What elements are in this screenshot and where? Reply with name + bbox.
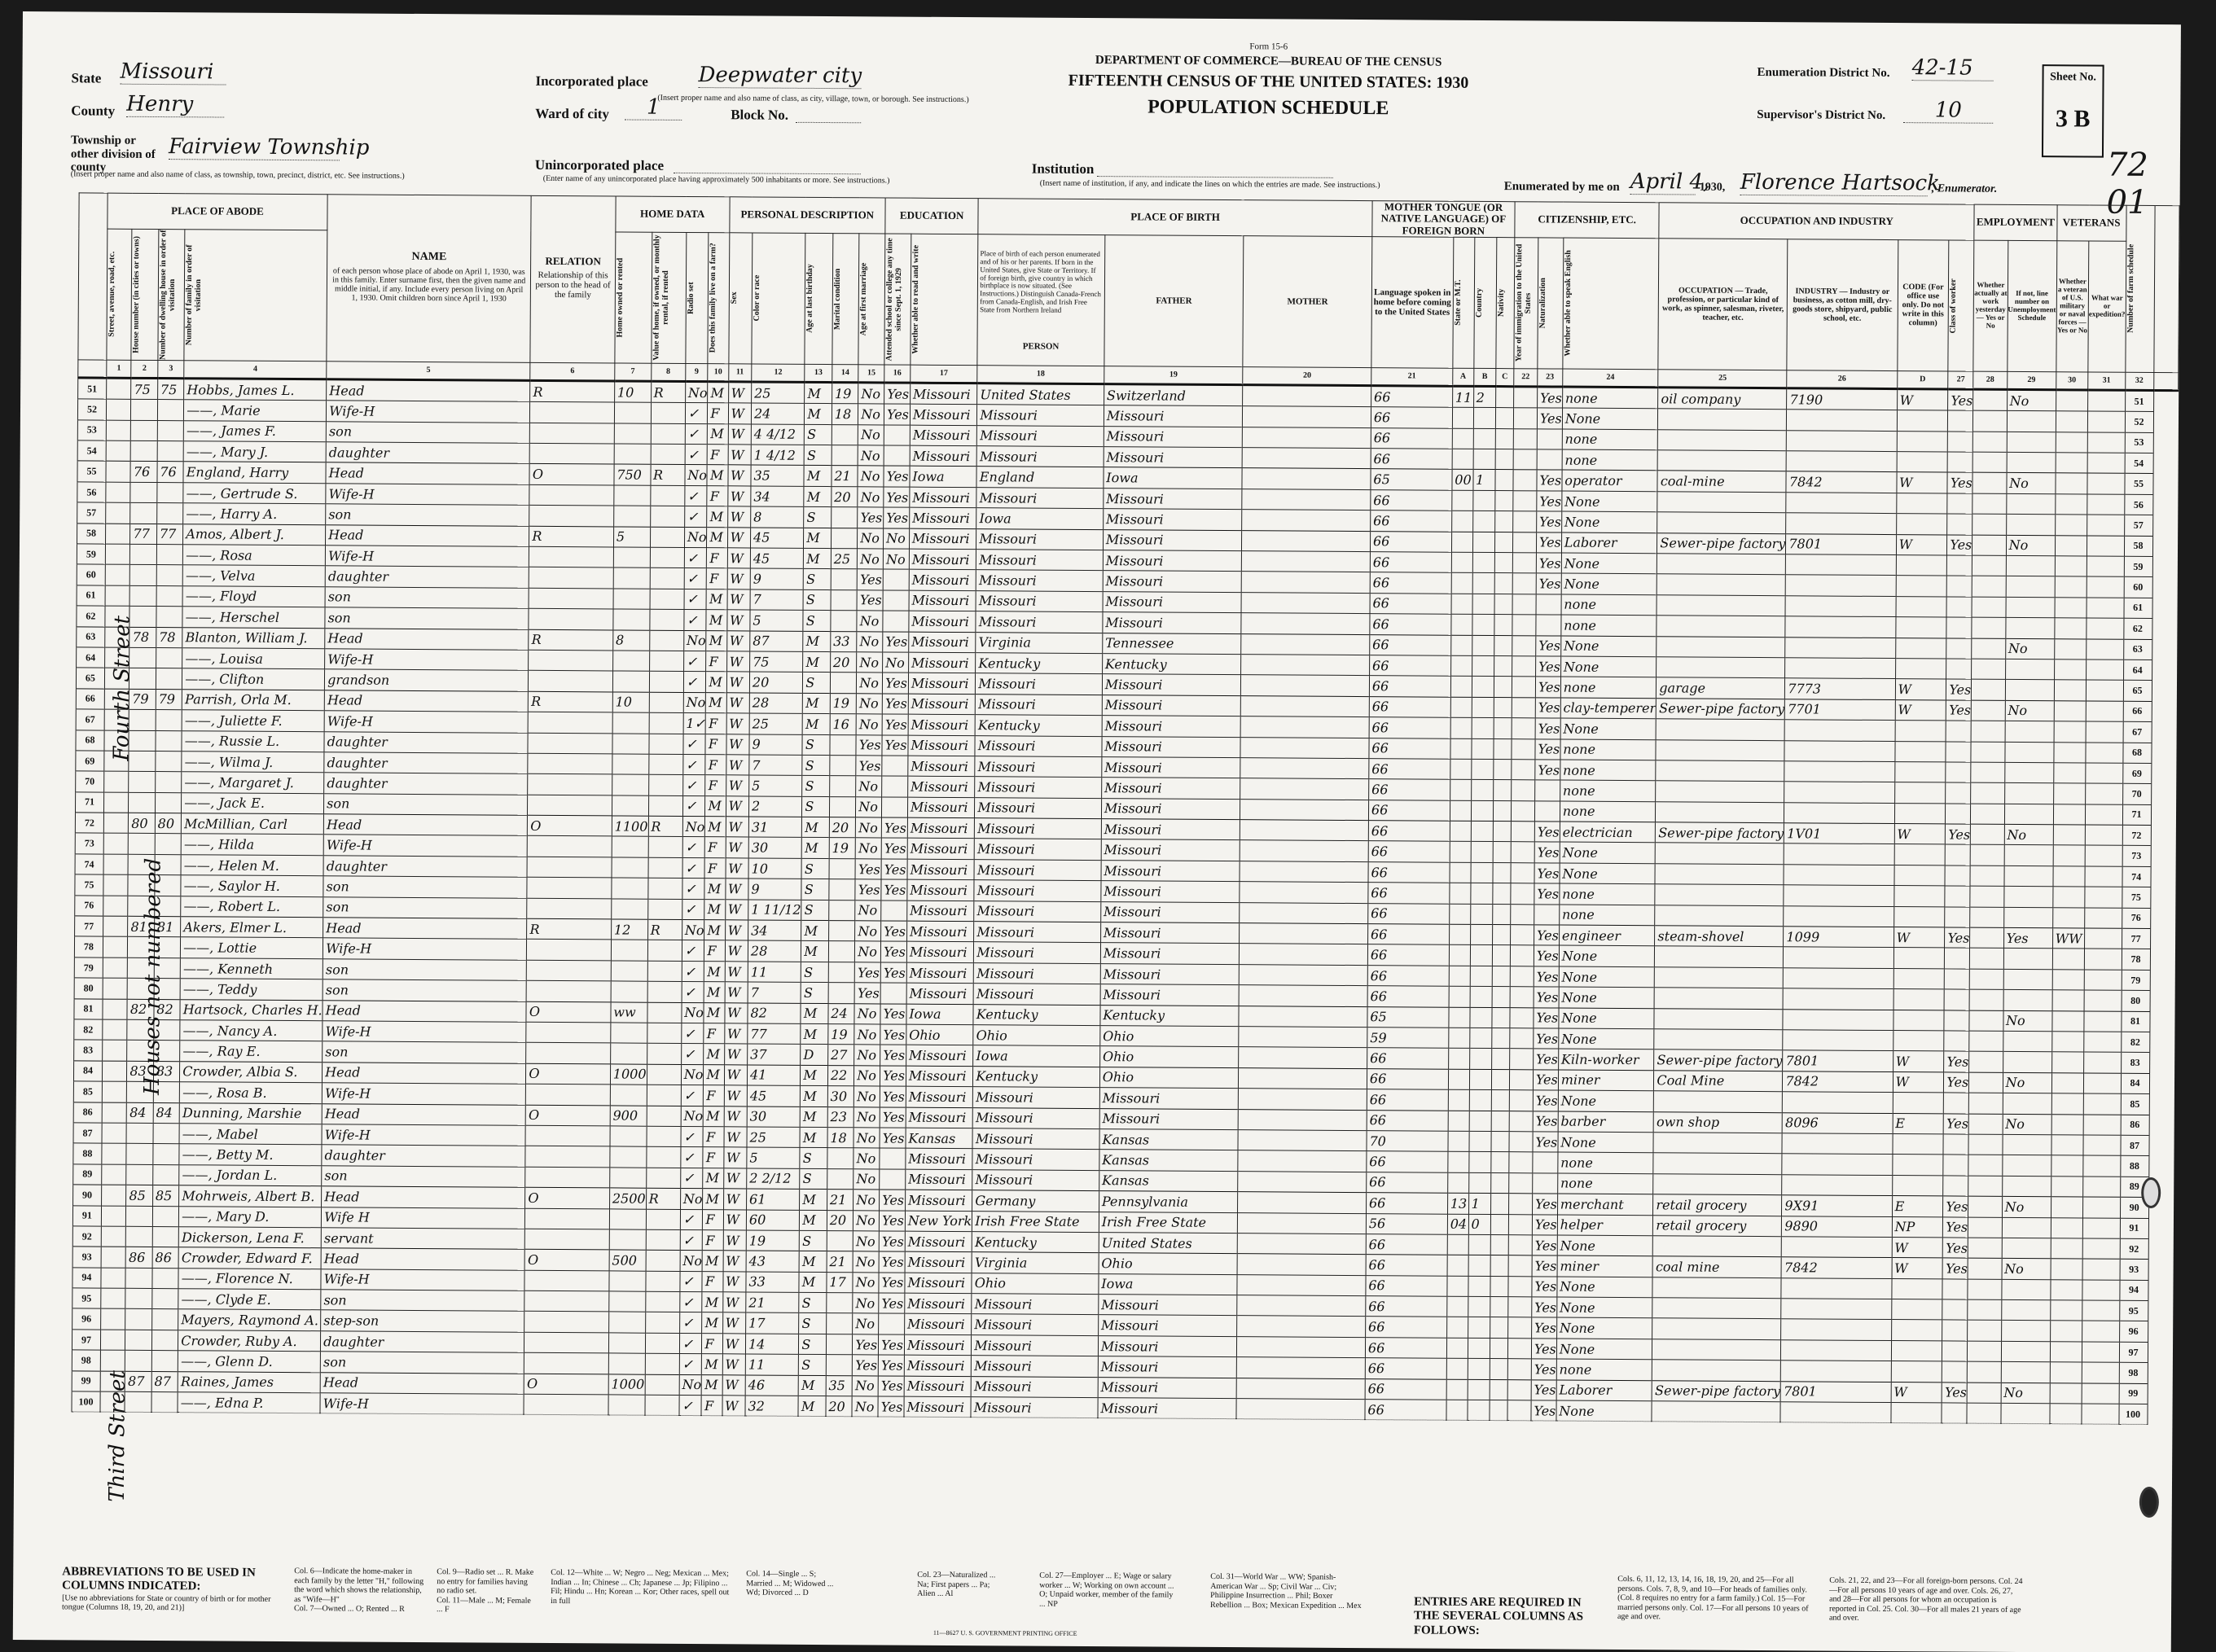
veteran: No bbox=[2005, 700, 2054, 721]
column-number: 15 bbox=[858, 365, 884, 383]
radio bbox=[650, 547, 684, 568]
veteran bbox=[2001, 1279, 2050, 1300]
home-value: 2500 bbox=[609, 1188, 646, 1209]
marital-status: S bbox=[800, 1230, 827, 1251]
column-number: 25 bbox=[1658, 370, 1787, 388]
speaks-english: Yes bbox=[1534, 925, 1559, 946]
c31-header: What war or expedition? bbox=[2088, 241, 2126, 372]
age-first-marriage bbox=[828, 962, 855, 983]
marital-status: M bbox=[802, 817, 830, 838]
line-col bbox=[78, 193, 108, 360]
naturalization bbox=[1509, 1172, 1533, 1194]
worker-class bbox=[1891, 1361, 1942, 1383]
at-work bbox=[1947, 555, 1972, 576]
column-number: 21 bbox=[1371, 368, 1453, 387]
person-name: Hobbs, James L. bbox=[184, 379, 327, 401]
code-a: 66 bbox=[1366, 1296, 1447, 1317]
speaks-english: Yes bbox=[1537, 470, 1562, 491]
person-name: ——, Louisa bbox=[182, 648, 325, 669]
mother-tongue bbox=[1240, 923, 1368, 944]
home-tenure: R bbox=[529, 629, 613, 651]
group-veterans: VETERANS bbox=[2056, 205, 2126, 241]
age: 60 bbox=[746, 1209, 800, 1230]
code-b bbox=[1450, 842, 1471, 863]
column-number: B bbox=[1473, 368, 1496, 386]
immigration-year bbox=[1493, 883, 1511, 905]
code-c bbox=[1470, 883, 1493, 905]
farm-schedule bbox=[2085, 825, 2122, 846]
unemployment-line bbox=[1971, 782, 2004, 804]
col6-note: Col. 6—Indicate the home-maker in each f… bbox=[294, 1567, 423, 1604]
line-number-right: 80 bbox=[2122, 990, 2150, 1011]
war bbox=[2055, 556, 2087, 577]
code-c bbox=[1470, 987, 1493, 1008]
birthplace: Missouri bbox=[909, 570, 976, 591]
age: 35 bbox=[751, 465, 805, 486]
mother-tongue bbox=[1236, 1399, 1365, 1420]
industry bbox=[1657, 616, 1785, 637]
occupation-code bbox=[1780, 1402, 1890, 1423]
immigration-year bbox=[1495, 428, 1513, 449]
sex: F bbox=[706, 651, 726, 673]
farm-schedule bbox=[2082, 1383, 2119, 1404]
occupation: None bbox=[1560, 863, 1656, 884]
age: 75 bbox=[750, 651, 804, 673]
at-work bbox=[1946, 659, 1972, 680]
speaks-english: Yes bbox=[1533, 1049, 1558, 1070]
mother-tongue bbox=[1240, 820, 1369, 841]
occupation-code bbox=[1783, 1030, 1893, 1051]
column-number: 5 bbox=[327, 362, 530, 381]
line-number: 72 bbox=[75, 813, 103, 834]
column-number: 27 bbox=[1948, 371, 1973, 389]
farm-schedule bbox=[2082, 1280, 2120, 1301]
col7-note: Col. 7—Owned ... O; Rented ... R bbox=[294, 1604, 405, 1614]
birthplace: Missouri bbox=[906, 1107, 973, 1128]
race: W bbox=[726, 858, 749, 879]
naturalization bbox=[1511, 842, 1534, 863]
farm-schedule bbox=[2084, 1011, 2122, 1032]
immigration-year bbox=[1490, 1194, 1508, 1215]
occupation: None bbox=[1559, 1028, 1655, 1049]
war bbox=[2050, 1383, 2082, 1404]
race: W bbox=[726, 713, 750, 734]
line-number: 95 bbox=[72, 1288, 101, 1309]
age-first-marriage bbox=[831, 528, 858, 549]
mother-tongue bbox=[1238, 1212, 1367, 1234]
immigration-year bbox=[1490, 1276, 1508, 1297]
literacy: Yes bbox=[880, 1004, 906, 1025]
literacy: Yes bbox=[880, 1128, 906, 1149]
literacy: Yes bbox=[879, 1210, 905, 1231]
sex: F bbox=[704, 1085, 724, 1106]
industry bbox=[1656, 781, 1784, 802]
literacy: Yes bbox=[880, 1045, 906, 1066]
industry bbox=[1654, 1091, 1783, 1112]
naturalization bbox=[1510, 966, 1534, 988]
occupation: None bbox=[1559, 945, 1655, 966]
sex: M bbox=[706, 692, 726, 713]
age-first-marriage bbox=[832, 424, 858, 445]
war bbox=[2052, 907, 2085, 928]
veteran bbox=[2001, 1362, 2050, 1383]
c25-label: OCCUPATION — Trade, profession, or parti… bbox=[1659, 283, 1787, 325]
marital-status: S bbox=[799, 1355, 827, 1376]
home-tenure bbox=[529, 506, 614, 527]
farm: No bbox=[684, 527, 707, 548]
relationship: Wife-H bbox=[320, 1393, 524, 1415]
speaks-english: Yes bbox=[1535, 718, 1560, 739]
line-number: 62 bbox=[77, 606, 105, 627]
worker-class: W bbox=[1896, 534, 1947, 555]
column-number: 30 bbox=[2056, 372, 2088, 390]
mother-tongue bbox=[1239, 1067, 1367, 1089]
mother-tongue bbox=[1242, 468, 1371, 489]
immigration-year bbox=[1492, 1028, 1510, 1049]
home-value bbox=[612, 712, 649, 734]
age: 28 bbox=[749, 693, 803, 714]
person-name: ——, Betty M. bbox=[179, 1144, 322, 1165]
naturalization bbox=[1512, 594, 1536, 615]
column-number: 10 bbox=[708, 364, 728, 382]
worker-class: W bbox=[1894, 824, 1946, 845]
code-c bbox=[1468, 1379, 1490, 1400]
race: W bbox=[723, 1147, 747, 1168]
immigration-year bbox=[1491, 1069, 1509, 1090]
cB-header: Country bbox=[1473, 237, 1496, 368]
marital-status: S bbox=[801, 879, 829, 900]
code-a: 66 bbox=[1369, 676, 1450, 697]
veteran: No bbox=[2007, 389, 2056, 411]
entries-title: ENTRIES ARE REQUIRED IN THE SEVERAL COLU… bbox=[1414, 1595, 1593, 1638]
dwelling-number bbox=[131, 400, 158, 421]
naturalization bbox=[1510, 987, 1534, 1008]
naturalization bbox=[1512, 635, 1536, 656]
farm: ✓ bbox=[681, 1147, 704, 1168]
war bbox=[2055, 494, 2087, 515]
home-tenure bbox=[525, 1167, 610, 1188]
person-name: Parrish, Orla M. bbox=[182, 689, 324, 710]
industry bbox=[1656, 719, 1784, 740]
mother-tongue bbox=[1237, 1295, 1366, 1317]
line-number: 76 bbox=[75, 896, 103, 917]
occupation: none bbox=[1562, 449, 1658, 471]
census-sheet: State Missouri County Henry Township or … bbox=[13, 11, 2181, 1652]
occupation: none bbox=[1560, 677, 1657, 698]
farm: 1✓ bbox=[683, 713, 706, 734]
code-b bbox=[1451, 552, 1472, 573]
c10-header: Does this family live on a farm? bbox=[708, 233, 729, 364]
naturalization bbox=[1508, 1214, 1532, 1235]
code-c bbox=[1468, 1172, 1491, 1194]
at-work bbox=[1942, 1403, 1967, 1424]
relationship: Head bbox=[321, 1248, 524, 1270]
naturalization bbox=[1513, 511, 1537, 532]
marital-status: S bbox=[801, 962, 829, 983]
literacy bbox=[882, 756, 908, 777]
mother-tongue bbox=[1241, 655, 1370, 676]
school: No bbox=[856, 714, 882, 735]
home-tenure bbox=[529, 567, 614, 589]
mother-tongue bbox=[1237, 1254, 1366, 1275]
veteran bbox=[2005, 680, 2054, 701]
war bbox=[2055, 515, 2087, 536]
person-name: Amos, Albert J. bbox=[183, 524, 326, 545]
unemployment-line bbox=[1969, 1031, 2003, 1052]
speaks-english: Yes bbox=[1533, 1070, 1558, 1091]
sex: F bbox=[702, 1333, 722, 1354]
column-number: 6 bbox=[530, 362, 615, 381]
race: W bbox=[725, 962, 748, 983]
dwelling-number bbox=[126, 1226, 153, 1247]
c9-header: Radio set bbox=[686, 232, 709, 363]
c17-header: Whether able to read and write bbox=[911, 234, 978, 366]
c13-label: Age at last birthday bbox=[805, 234, 815, 364]
farm-schedule bbox=[2085, 887, 2122, 908]
home-value bbox=[613, 506, 650, 527]
industry bbox=[1657, 492, 1786, 513]
speaks-english: Yes bbox=[1536, 532, 1561, 553]
home-value bbox=[608, 1333, 645, 1354]
birthplace: Missouri bbox=[905, 1251, 972, 1273]
occupation: None bbox=[1557, 1277, 1653, 1298]
column-number: 3 bbox=[158, 360, 185, 378]
age-first-marriage bbox=[831, 569, 858, 590]
birthplace: Missouri bbox=[910, 425, 977, 446]
sex: F bbox=[703, 1209, 723, 1230]
age: 5 bbox=[747, 1147, 801, 1168]
immigration-year bbox=[1491, 1090, 1509, 1111]
at-work bbox=[1945, 969, 1970, 990]
occupation-code bbox=[1786, 493, 1896, 514]
naturalization bbox=[1509, 1152, 1533, 1173]
code-b bbox=[1450, 821, 1471, 842]
relationship: Head bbox=[323, 918, 527, 940]
mother-birthplace: Missouri bbox=[1100, 984, 1240, 1006]
code-b bbox=[1451, 614, 1472, 635]
sd-value: 10 bbox=[1903, 98, 1993, 124]
literacy: Yes bbox=[884, 404, 910, 425]
naturalization bbox=[1507, 1400, 1531, 1422]
county-value: Henry bbox=[126, 92, 224, 118]
school: Yes bbox=[858, 507, 884, 528]
worker-class: W bbox=[1895, 699, 1946, 721]
race: W bbox=[723, 1168, 747, 1190]
occupation: Kiln-worker bbox=[1558, 1049, 1654, 1070]
radio bbox=[651, 403, 685, 424]
war bbox=[2051, 1259, 2083, 1280]
occupation-code bbox=[1781, 1299, 1891, 1320]
group-education: EDUCATION bbox=[885, 198, 978, 234]
occupation: None bbox=[1561, 553, 1657, 574]
father-birthplace: Missouri bbox=[974, 900, 1101, 922]
unemployment-line bbox=[1970, 927, 2003, 949]
farm: ✓ bbox=[679, 1333, 702, 1354]
person-name: ——, Jack E. bbox=[182, 792, 324, 813]
occupation: None bbox=[1560, 636, 1657, 657]
farm-schedule bbox=[2086, 763, 2123, 784]
school: No bbox=[855, 900, 881, 921]
race: W bbox=[722, 1292, 746, 1313]
street bbox=[102, 1061, 127, 1082]
occupation: None bbox=[1560, 656, 1657, 677]
sex: M bbox=[704, 1044, 724, 1065]
home-value: 10 bbox=[614, 381, 651, 403]
person-name: ——, Teddy bbox=[180, 979, 323, 1000]
age-first-marriage: 24 bbox=[828, 1003, 855, 1024]
at-work: Yes bbox=[1946, 700, 1972, 721]
street bbox=[104, 771, 129, 792]
race: W bbox=[723, 1189, 747, 1210]
code-a: 66 bbox=[1368, 861, 1450, 883]
person-name: ——, Floyd bbox=[182, 586, 325, 607]
at-work: Yes bbox=[1947, 472, 1972, 493]
age: 7 bbox=[749, 755, 803, 776]
age-first-marriage bbox=[827, 1293, 853, 1314]
unincorporated-note: (Enter name of any unincorporated place … bbox=[543, 174, 890, 186]
farm-schedule bbox=[2087, 536, 2125, 557]
worker-class bbox=[1893, 968, 1945, 989]
home-value bbox=[610, 1126, 647, 1147]
farm: ✓ bbox=[684, 506, 707, 528]
relation-title: RELATION bbox=[531, 255, 615, 267]
code-b bbox=[1452, 449, 1473, 470]
farm-schedule bbox=[2082, 1342, 2119, 1363]
line-number-right: 99 bbox=[2119, 1383, 2148, 1404]
mother-tongue bbox=[1240, 944, 1368, 965]
farm: ✓ bbox=[682, 795, 705, 817]
cA-label: State or M.T. bbox=[1453, 238, 1463, 368]
home-tenure bbox=[528, 712, 612, 733]
code-b bbox=[1451, 594, 1472, 615]
birthplace: Missouri bbox=[907, 859, 975, 880]
incorporated-note: (Insert proper name and also name of cla… bbox=[657, 94, 968, 104]
column-number: 19 bbox=[1104, 366, 1244, 385]
c27-header: Class of worker bbox=[1948, 240, 1974, 371]
farm: ✓ bbox=[680, 1292, 703, 1313]
code-a: 66 bbox=[1368, 841, 1450, 862]
speaks-english: Yes bbox=[1536, 635, 1561, 656]
cC-header: Nativity bbox=[1496, 237, 1515, 368]
school: No bbox=[853, 1210, 880, 1231]
speaks-english: Yes bbox=[1537, 408, 1562, 429]
home-tenure bbox=[525, 1208, 610, 1229]
code-c bbox=[1472, 532, 1495, 553]
farm-schedule bbox=[2082, 1259, 2120, 1280]
veteran bbox=[2002, 1217, 2051, 1238]
state-value: Missouri bbox=[120, 59, 226, 85]
mother-birthplace: Missouri bbox=[1098, 1315, 1237, 1336]
mother-birthplace: Missouri bbox=[1101, 778, 1240, 799]
school: No bbox=[853, 1272, 879, 1293]
code-a: 66 bbox=[1368, 821, 1450, 842]
farm-schedule bbox=[2086, 743, 2123, 764]
literacy bbox=[883, 590, 909, 611]
literacy: No bbox=[883, 549, 909, 570]
industry bbox=[1658, 409, 1787, 430]
mother-tongue bbox=[1240, 840, 1369, 861]
war bbox=[2055, 598, 2087, 619]
c3-header: Number of dwelling house in order of vis… bbox=[158, 229, 185, 360]
ward-value: 1 bbox=[625, 95, 682, 121]
column-number: 24 bbox=[1562, 369, 1658, 388]
code-a: 66 bbox=[1371, 427, 1452, 449]
person-name: McMillian, Carl bbox=[182, 813, 324, 835]
person-name: ——, Harry A. bbox=[183, 503, 326, 524]
industry bbox=[1652, 1360, 1781, 1381]
home-tenure: R bbox=[529, 526, 614, 547]
birthplace: Missouri bbox=[904, 1334, 972, 1356]
line-number-right: 95 bbox=[2119, 1300, 2148, 1321]
marital-status: S bbox=[801, 858, 829, 879]
code-b bbox=[1447, 1255, 1468, 1277]
age: 30 bbox=[748, 837, 802, 858]
immigration-year bbox=[1493, 904, 1511, 925]
c17-label: Whether able to read and write bbox=[911, 234, 920, 365]
c10-label: Does this family live on a farm? bbox=[709, 233, 718, 363]
birthplace: Missouri bbox=[905, 1293, 972, 1314]
home-tenure: R bbox=[529, 691, 613, 712]
industry bbox=[1653, 1133, 1782, 1154]
mother-tongue bbox=[1239, 1027, 1367, 1048]
street bbox=[101, 1288, 126, 1309]
father-birthplace: Ohio bbox=[973, 1025, 1100, 1046]
at-work bbox=[1945, 865, 1970, 887]
person-name: ——, Saylor H. bbox=[181, 875, 323, 896]
dwelling-number bbox=[125, 1288, 152, 1309]
occupation-code bbox=[1784, 782, 1894, 803]
sex: M bbox=[702, 1374, 722, 1396]
line-number: 74 bbox=[75, 854, 103, 875]
line-number: 100 bbox=[72, 1391, 100, 1413]
worker-class: W bbox=[1897, 388, 1948, 410]
code-b bbox=[1449, 1007, 1470, 1028]
worker-class bbox=[1897, 452, 1948, 473]
speaks-english: Yes bbox=[1531, 1359, 1556, 1380]
code-c bbox=[1471, 738, 1494, 760]
worker-class bbox=[1893, 906, 1945, 927]
unemployment-line bbox=[1972, 617, 2005, 638]
line-number: 55 bbox=[77, 461, 106, 482]
war bbox=[2051, 1155, 2083, 1177]
immigration-year bbox=[1495, 511, 1513, 532]
family-number bbox=[156, 545, 183, 566]
sex: F bbox=[701, 1396, 722, 1417]
immigration-year bbox=[1490, 1379, 1507, 1400]
person-name: ——, Russie L. bbox=[182, 730, 324, 752]
incorporated-label: Incorporated place bbox=[535, 73, 647, 90]
race: W bbox=[723, 1251, 747, 1272]
family-number bbox=[157, 441, 184, 462]
age: 24 bbox=[751, 403, 805, 424]
sheet-number: 3 B bbox=[2043, 105, 2102, 133]
war bbox=[2052, 990, 2085, 1011]
farm-schedule bbox=[2084, 1032, 2122, 1053]
home-value bbox=[612, 671, 649, 692]
worker-class bbox=[1893, 948, 1945, 969]
race: W bbox=[722, 1374, 746, 1396]
race: W bbox=[726, 755, 749, 776]
industry: oil company bbox=[1658, 388, 1787, 410]
at-work bbox=[1943, 1155, 1968, 1176]
naturalization bbox=[1509, 1111, 1533, 1132]
relationship: Head bbox=[327, 379, 530, 402]
farm-schedule bbox=[2086, 721, 2123, 743]
sex: M bbox=[704, 920, 725, 941]
sex: F bbox=[706, 713, 726, 734]
line-number-right: 60 bbox=[2124, 577, 2152, 598]
at-work: Yes bbox=[1943, 1196, 1968, 1217]
